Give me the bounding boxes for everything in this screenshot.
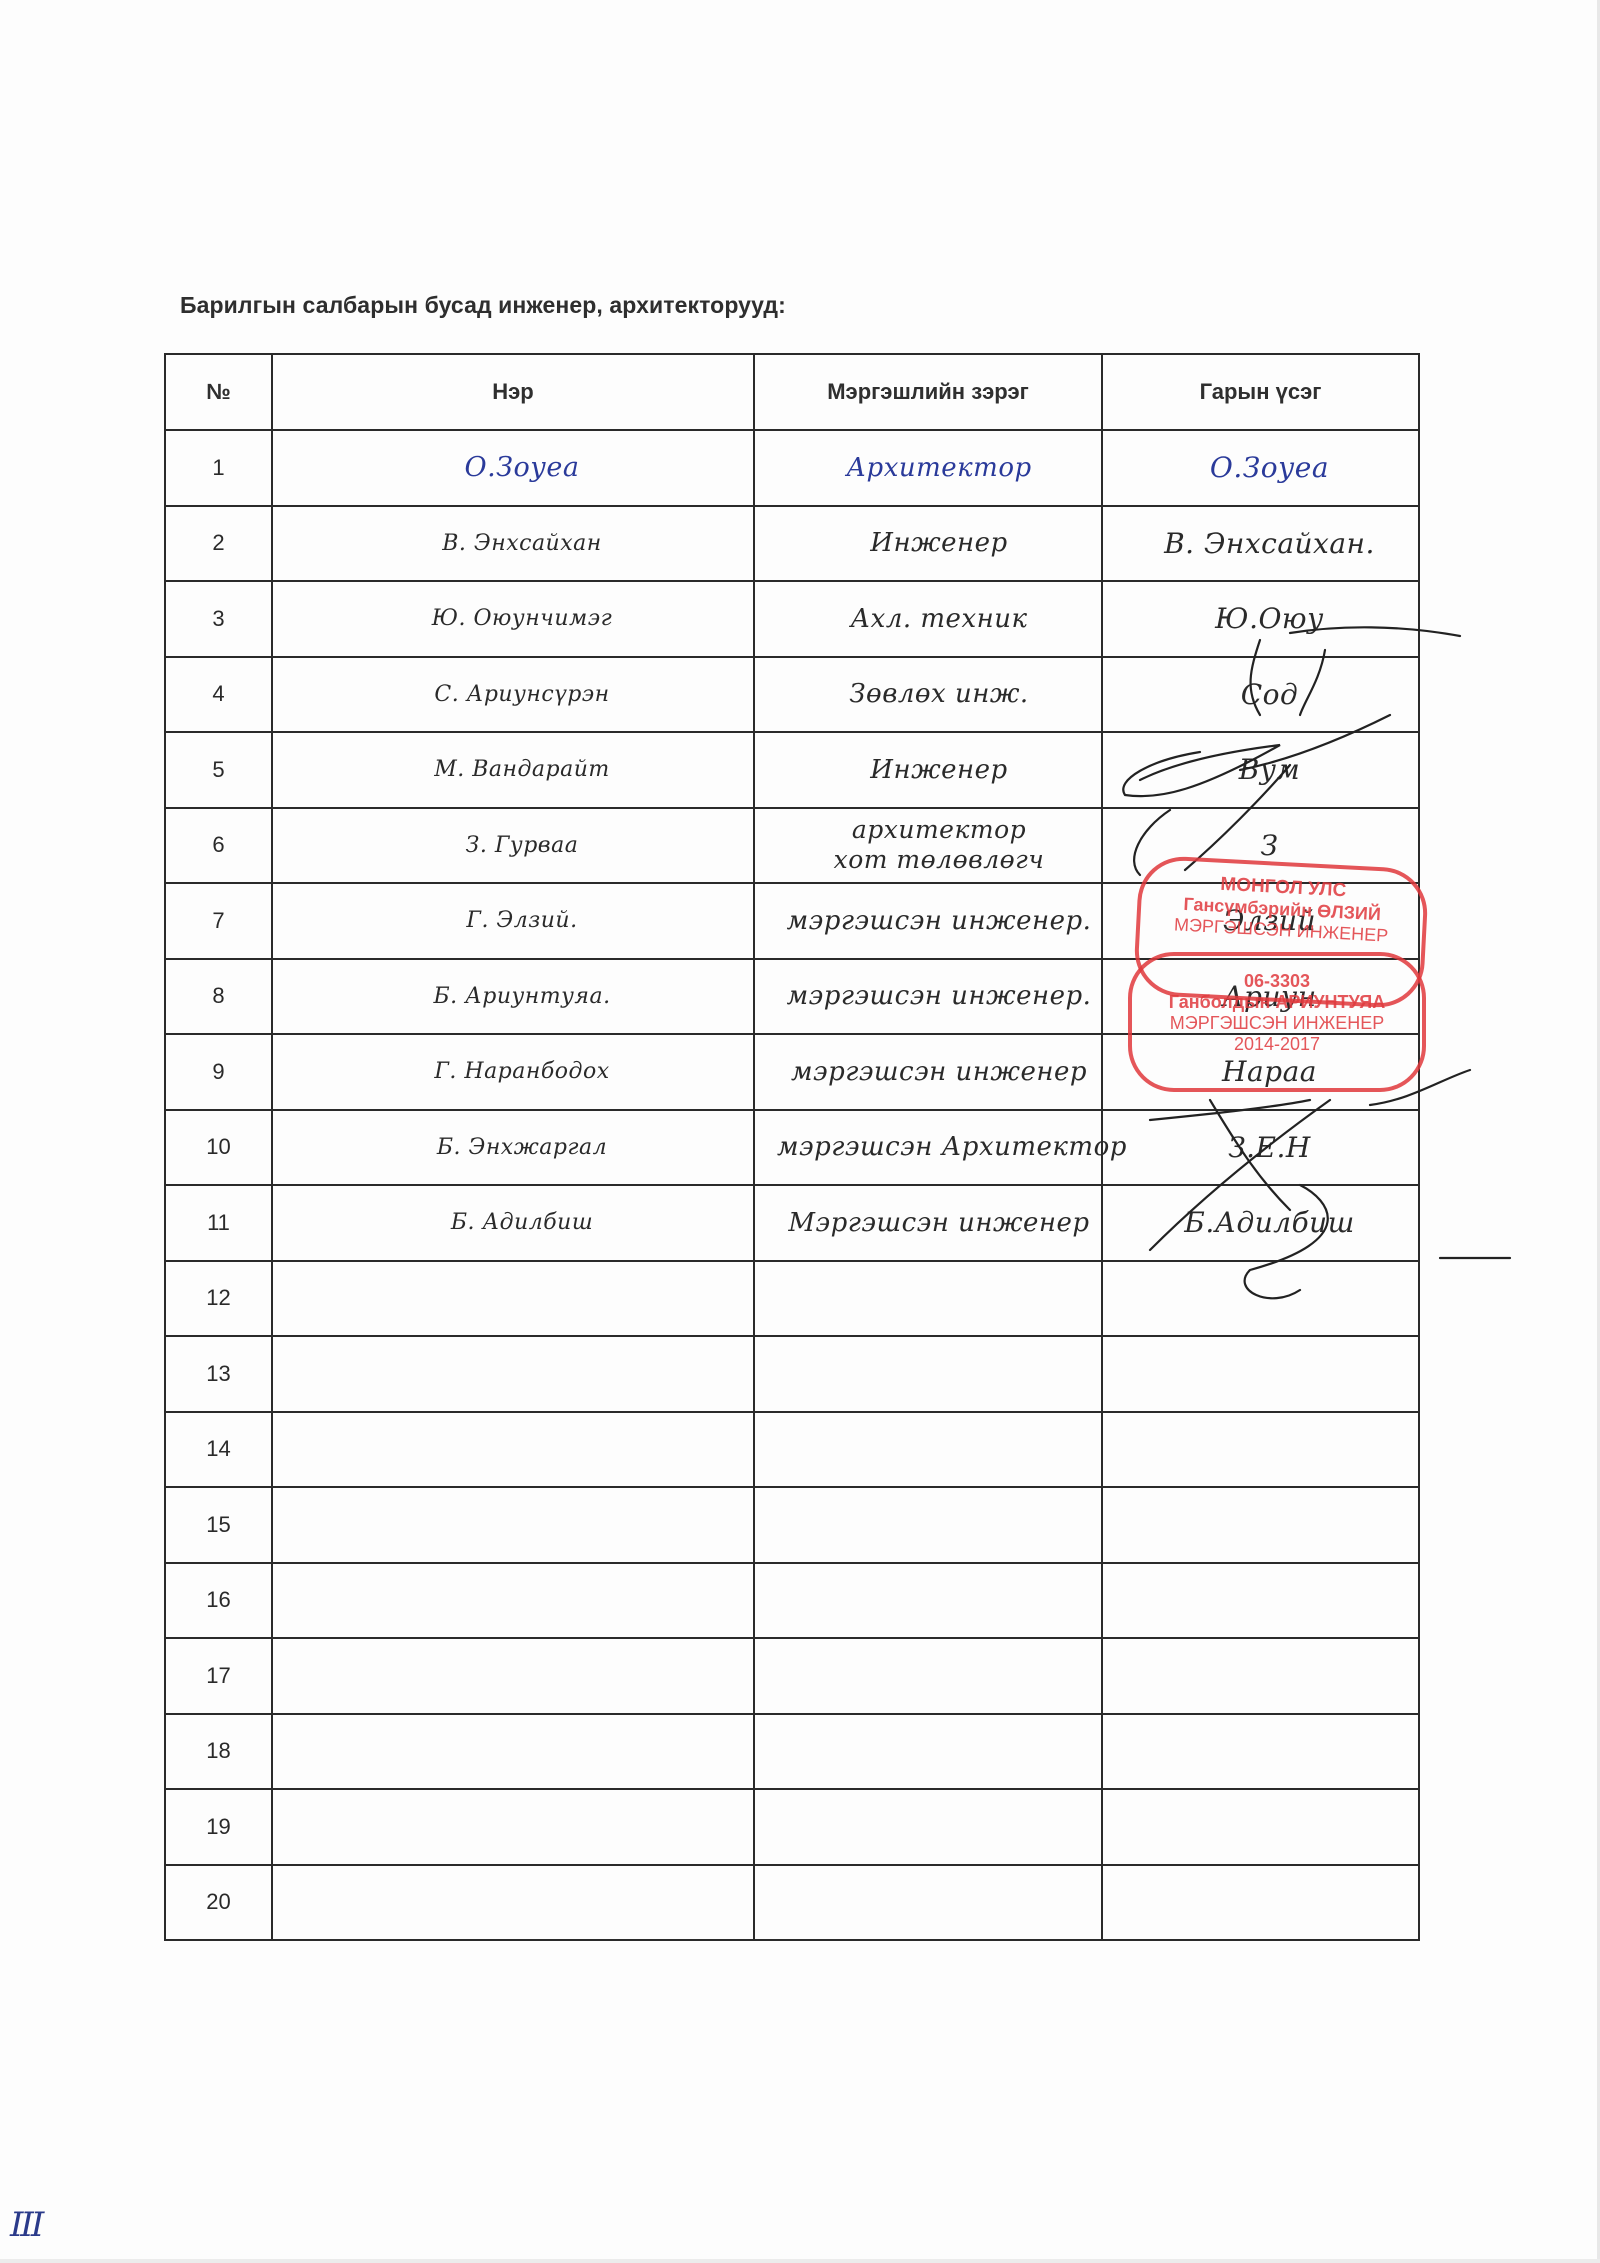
row-number: 6 <box>165 808 272 884</box>
table-row: 6З. Гурвааархитекторхот төлөвлөгчЗ <box>165 808 1419 884</box>
name-cell: Ю. Оюунчимэг <box>272 581 754 657</box>
table-header-row: № Нэр Мэргэшлийн зэрэг Гарын үсэг <box>165 354 1419 430</box>
row-number: 20 <box>165 1865 272 1941</box>
qualification-cell <box>754 1638 1102 1714</box>
name-cell: Б. Адилбиш <box>272 1185 754 1261</box>
signature-cell: Ариун <box>1102 959 1419 1035</box>
qualification-cell <box>754 1789 1102 1865</box>
name-cell: О.Зоуеа <box>272 430 754 506</box>
table-row: 8Б. Ариунтуяа.мэргэшсэн инженер.Ариун <box>165 959 1419 1035</box>
table-row: 17 <box>165 1638 1419 1714</box>
name-cell <box>272 1487 754 1563</box>
qualification-line: архитектор <box>777 815 1101 845</box>
table-row: 9Г. Наранбодохмэргэшсэн инженерНараа <box>165 1034 1419 1110</box>
signature-cell <box>1102 1714 1419 1790</box>
signature-cell: В. Энхсайхан. <box>1102 506 1419 582</box>
signature-cell: О.Зоуеа <box>1102 430 1419 506</box>
qualification-cell: Инженер <box>754 506 1102 582</box>
name-cell: М. Вандарайт <box>272 732 754 808</box>
signature-cell <box>1102 1261 1419 1337</box>
name-cell <box>272 1412 754 1488</box>
row-number: 14 <box>165 1412 272 1488</box>
name-cell <box>272 1789 754 1865</box>
page-edge-bottom <box>0 2259 1600 2263</box>
signature-cell: Вум <box>1102 732 1419 808</box>
row-number: 8 <box>165 959 272 1035</box>
name-cell: Г. Элзий. <box>272 883 754 959</box>
name-cell <box>272 1336 754 1412</box>
table-row: 11Б. АдилбишМэргэшсэн инженерБ.Адилбиш <box>165 1185 1419 1261</box>
signature-cell <box>1102 1487 1419 1563</box>
table-row: 4С. АриунсүрэнЗөвлөх инж.Сод <box>165 657 1419 733</box>
signature-cell <box>1102 1412 1419 1488</box>
signature-cell <box>1102 1336 1419 1412</box>
row-number: 18 <box>165 1714 272 1790</box>
row-number: 2 <box>165 506 272 582</box>
qualification-cell: мэргэшсэн Архитектор <box>754 1110 1102 1186</box>
signature-cell <box>1102 1563 1419 1639</box>
row-number: 5 <box>165 732 272 808</box>
signature-table: № Нэр Мэргэшлийн зэрэг Гарын үсэг 1О.Зоу… <box>164 353 1420 1941</box>
table-row: 20 <box>165 1865 1419 1941</box>
name-cell <box>272 1714 754 1790</box>
header-signature: Гарын үсэг <box>1102 354 1419 430</box>
name-cell: Б. Энхжаргал <box>272 1110 754 1186</box>
qualification-cell: Зөвлөх инж. <box>754 657 1102 733</box>
row-number: 17 <box>165 1638 272 1714</box>
table-row: 18 <box>165 1714 1419 1790</box>
table-row: 10Б. Энхжаргалмэргэшсэн АрхитекторЗ.Е.Н <box>165 1110 1419 1186</box>
table-row: 3Ю. ОюунчимэгАхл. техникЮ.Оюу <box>165 581 1419 657</box>
table-row: 16 <box>165 1563 1419 1639</box>
row-number: 12 <box>165 1261 272 1337</box>
row-number: 19 <box>165 1789 272 1865</box>
name-cell <box>272 1261 754 1337</box>
row-number: 16 <box>165 1563 272 1639</box>
qualification-cell: мэргэшсэн инженер. <box>754 883 1102 959</box>
row-number: 9 <box>165 1034 272 1110</box>
table-row: 12 <box>165 1261 1419 1337</box>
signature-cell: Ю.Оюу <box>1102 581 1419 657</box>
qualification-cell <box>754 1261 1102 1337</box>
signature-cell: З <box>1102 808 1419 884</box>
qualification-cell <box>754 1412 1102 1488</box>
table-row: 14 <box>165 1412 1419 1488</box>
table-row: 13 <box>165 1336 1419 1412</box>
signature-cell <box>1102 1865 1419 1941</box>
header-name: Нэр <box>272 354 754 430</box>
signature-cell: Сод <box>1102 657 1419 733</box>
row-number: 10 <box>165 1110 272 1186</box>
header-number: № <box>165 354 272 430</box>
signature-cell <box>1102 1638 1419 1714</box>
name-cell: Б. Ариунтуяа. <box>272 959 754 1035</box>
qualification-cell <box>754 1336 1102 1412</box>
name-cell: С. Ариунсүрэн <box>272 657 754 733</box>
row-number: 13 <box>165 1336 272 1412</box>
qualification-cell: архитекторхот төлөвлөгч <box>754 808 1102 884</box>
table-row: 5М. ВандарайтИнженерВум <box>165 732 1419 808</box>
name-cell <box>272 1563 754 1639</box>
table-row: 15 <box>165 1487 1419 1563</box>
signature-cell: Нараа <box>1102 1034 1419 1110</box>
signature-cell <box>1102 1789 1419 1865</box>
qualification-cell <box>754 1563 1102 1639</box>
table-row: 2В. ЭнхсайханИнженерВ. Энхсайхан. <box>165 506 1419 582</box>
table-row: 7Г. Элзий.мэргэшсэн инженер.Элзий <box>165 883 1419 959</box>
row-number: 15 <box>165 1487 272 1563</box>
table-row: 1О.ЗоуеаАрхитекторО.Зоуеа <box>165 430 1419 506</box>
qualification-line: хот төлөвлөгч <box>777 845 1101 875</box>
qualification-cell <box>754 1487 1102 1563</box>
qualification-cell <box>754 1714 1102 1790</box>
name-cell <box>272 1865 754 1941</box>
row-number: 1 <box>165 430 272 506</box>
margin-tally-mark: III <box>10 2205 41 2245</box>
name-cell: Г. Наранбодох <box>272 1034 754 1110</box>
qualification-cell: Архитектор <box>754 430 1102 506</box>
row-number: 11 <box>165 1185 272 1261</box>
name-cell <box>272 1638 754 1714</box>
signature-cell: З.Е.Н <box>1102 1110 1419 1186</box>
signature-cell: Б.Адилбиш <box>1102 1185 1419 1261</box>
header-qualification: Мэргэшлийн зэрэг <box>754 354 1102 430</box>
qualification-cell: мэргэшсэн инженер. <box>754 959 1102 1035</box>
row-number: 3 <box>165 581 272 657</box>
name-cell: З. Гурваа <box>272 808 754 884</box>
qualification-cell: Инженер <box>754 732 1102 808</box>
document-title: Барилгын салбарын бусад инженер, архитек… <box>180 292 786 319</box>
qualification-cell: Мэргэшсэн инженер <box>754 1185 1102 1261</box>
qualification-cell: мэргэшсэн инженер <box>754 1034 1102 1110</box>
table-row: 19 <box>165 1789 1419 1865</box>
qualification-cell <box>754 1865 1102 1941</box>
row-number: 4 <box>165 657 272 733</box>
name-cell: В. Энхсайхан <box>272 506 754 582</box>
qualification-cell: Ахл. техник <box>754 581 1102 657</box>
row-number: 7 <box>165 883 272 959</box>
signature-cell: Элзий <box>1102 883 1419 959</box>
